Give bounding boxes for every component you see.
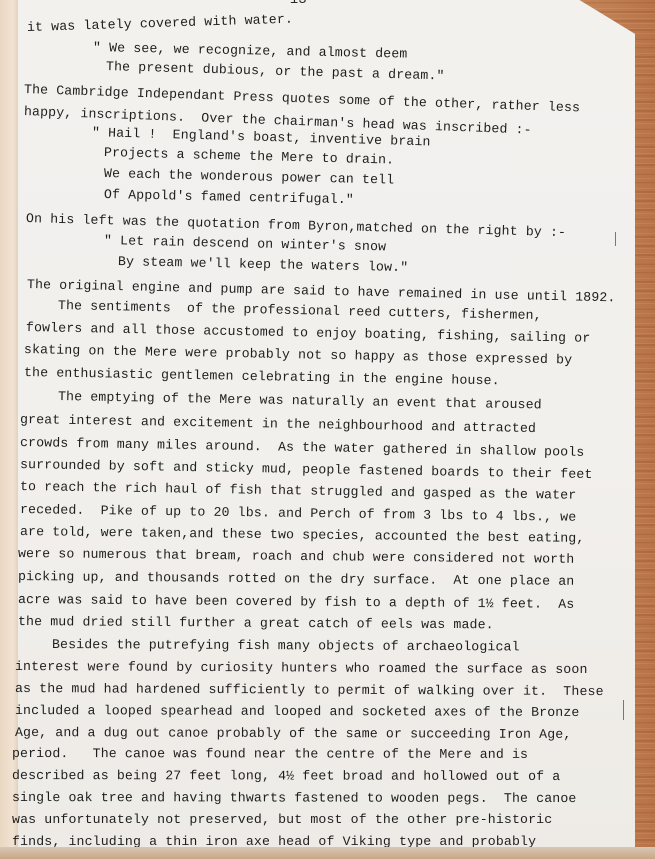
document-body: it was lately covered with water. " We s… xyxy=(0,0,655,859)
margin-pencil-mark xyxy=(615,232,616,246)
text-line: acre was said to have been covered by fi… xyxy=(18,592,575,612)
text-line: skating on the Mere were probably not so… xyxy=(24,342,573,368)
text-line: great interest and excitement in the nei… xyxy=(20,412,536,436)
text-line: We each the wonderous power can tell xyxy=(104,166,395,188)
text-line: interest were found by curiosity hunters… xyxy=(15,659,588,677)
text-line: the mud dried still further a great catc… xyxy=(18,614,494,632)
text-line: The emptying of the Mere was naturally a… xyxy=(58,389,542,412)
text-line: Age, and a dug out canoe probably of the… xyxy=(15,725,571,742)
text-line: Projects a scheme the Mere to drain. xyxy=(104,145,395,168)
margin-pencil-mark xyxy=(623,700,624,720)
text-line: By steam we'll keep the waters low." xyxy=(118,254,409,275)
text-line: single oak tree and having thwarts faste… xyxy=(12,790,576,806)
text-line: receded. Pike of up to 20 lbs. and Perch… xyxy=(20,502,577,525)
text-line: " We see, we recognize, and almost deem xyxy=(93,40,408,62)
text-line: to reach the rich haul of fish that stru… xyxy=(20,479,577,503)
text-line: crowds from many miles around. As the wa… xyxy=(20,435,585,460)
text-line: was unfortunately not preserved, but mos… xyxy=(12,812,552,827)
text-line: The present dubious, or the past a dream… xyxy=(106,59,445,83)
text-line: included a looped spearhead and looped a… xyxy=(15,703,580,720)
text-line: Besides the putrefying fish many objects… xyxy=(52,637,520,654)
text-line: the enthusiastic gentlemen celebrating i… xyxy=(24,365,500,388)
text-line: are told, were taken,and these two speci… xyxy=(20,524,585,546)
text-line: described as being 27 feet long, 4½ feet… xyxy=(12,768,560,784)
text-line: period. The canoe was found near the cen… xyxy=(12,746,528,762)
text-line: picking up, and thousands rotted on the … xyxy=(18,569,575,589)
text-line: it was lately covered with water. xyxy=(27,12,293,35)
text-line: " Let rain descend on winter's snow xyxy=(104,233,387,254)
page-bottom-edge xyxy=(0,847,655,859)
text-line: were so numerous that bream, roach and c… xyxy=(18,546,575,567)
text-line: surrounded by soft and sticky mud, peopl… xyxy=(20,457,593,482)
text-line: Of Appold's famed centrifugal." xyxy=(104,187,354,207)
text-line: fowlers and all those accustomed to enjo… xyxy=(26,320,591,346)
text-line: as the mud had hardened sufficiently to … xyxy=(15,681,604,699)
